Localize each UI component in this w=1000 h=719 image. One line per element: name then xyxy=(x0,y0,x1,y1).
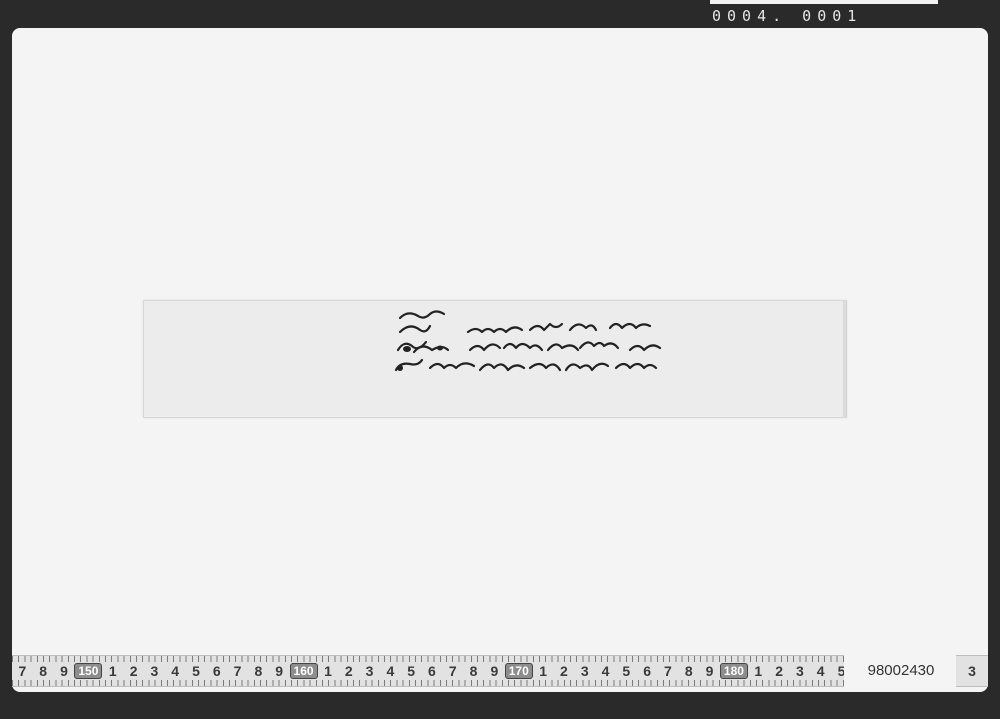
ruler-label: 2 xyxy=(338,663,359,679)
ruler-label: 2 xyxy=(554,663,575,679)
ruler-label: 9 xyxy=(54,663,75,679)
frame-counter: 0004. 0001 xyxy=(712,7,862,25)
ruler-label: 9 xyxy=(699,663,720,679)
ruler-label: 8 xyxy=(463,663,484,679)
ruler-label: 8 xyxy=(248,663,269,679)
ruler-major-label: 160 xyxy=(290,663,318,679)
ruler-label: 1 xyxy=(318,663,339,679)
ruler-ticks-bottom xyxy=(12,680,844,686)
handwritten-text xyxy=(380,304,680,376)
top-film-strip xyxy=(710,0,938,4)
catalog-id-label: 98002430 xyxy=(846,655,956,685)
ruler-label: 2 xyxy=(123,663,144,679)
ruler-label: 2 xyxy=(769,663,790,679)
ruler-label: 9 xyxy=(269,663,290,679)
ruler-label: 6 xyxy=(637,663,658,679)
ruler-label: 9 xyxy=(484,663,505,679)
ruler-label: 3 xyxy=(144,663,165,679)
ruler-label: 3 xyxy=(359,663,380,679)
ruler-major-label: 170 xyxy=(505,663,533,679)
measurement-ruler: 7 8 9 150 1 2 3 4 5 6 7 8 9 160 1 2 3 4 … xyxy=(12,655,844,687)
ruler-label: 1 xyxy=(748,663,769,679)
ruler-label: 7 xyxy=(12,663,33,679)
ruler-numbers: 7 8 9 150 1 2 3 4 5 6 7 8 9 160 1 2 3 4 … xyxy=(12,662,844,680)
ruler-label: 4 xyxy=(380,663,401,679)
ruler-label: 5 xyxy=(186,663,207,679)
ruler-label: 5 xyxy=(831,663,844,679)
ruler-label: 4 xyxy=(810,663,831,679)
ruler-label: 1 xyxy=(102,663,123,679)
ruler-major-label: 180 xyxy=(720,663,748,679)
ruler-label: 3 xyxy=(574,663,595,679)
ruler-label: 5 xyxy=(616,663,637,679)
ruler-label: 7 xyxy=(658,663,679,679)
ruler-label: 4 xyxy=(165,663,186,679)
ruler-label: 7 xyxy=(442,663,463,679)
ruler-label: 3 xyxy=(790,663,811,679)
ruler-label: 6 xyxy=(206,663,227,679)
ruler-label: 1 xyxy=(533,663,554,679)
ruler-major-label: 150 xyxy=(74,663,102,679)
ruler-label: 5 xyxy=(401,663,422,679)
ruler-label: 4 xyxy=(595,663,616,679)
handwriting-strokes-icon xyxy=(380,304,680,376)
ruler-label: 8 xyxy=(678,663,699,679)
ruler-label: 7 xyxy=(227,663,248,679)
ruler-label: 6 xyxy=(422,663,443,679)
ruler-label: 8 xyxy=(33,663,54,679)
ruler-tail-label: 3 xyxy=(956,655,988,687)
